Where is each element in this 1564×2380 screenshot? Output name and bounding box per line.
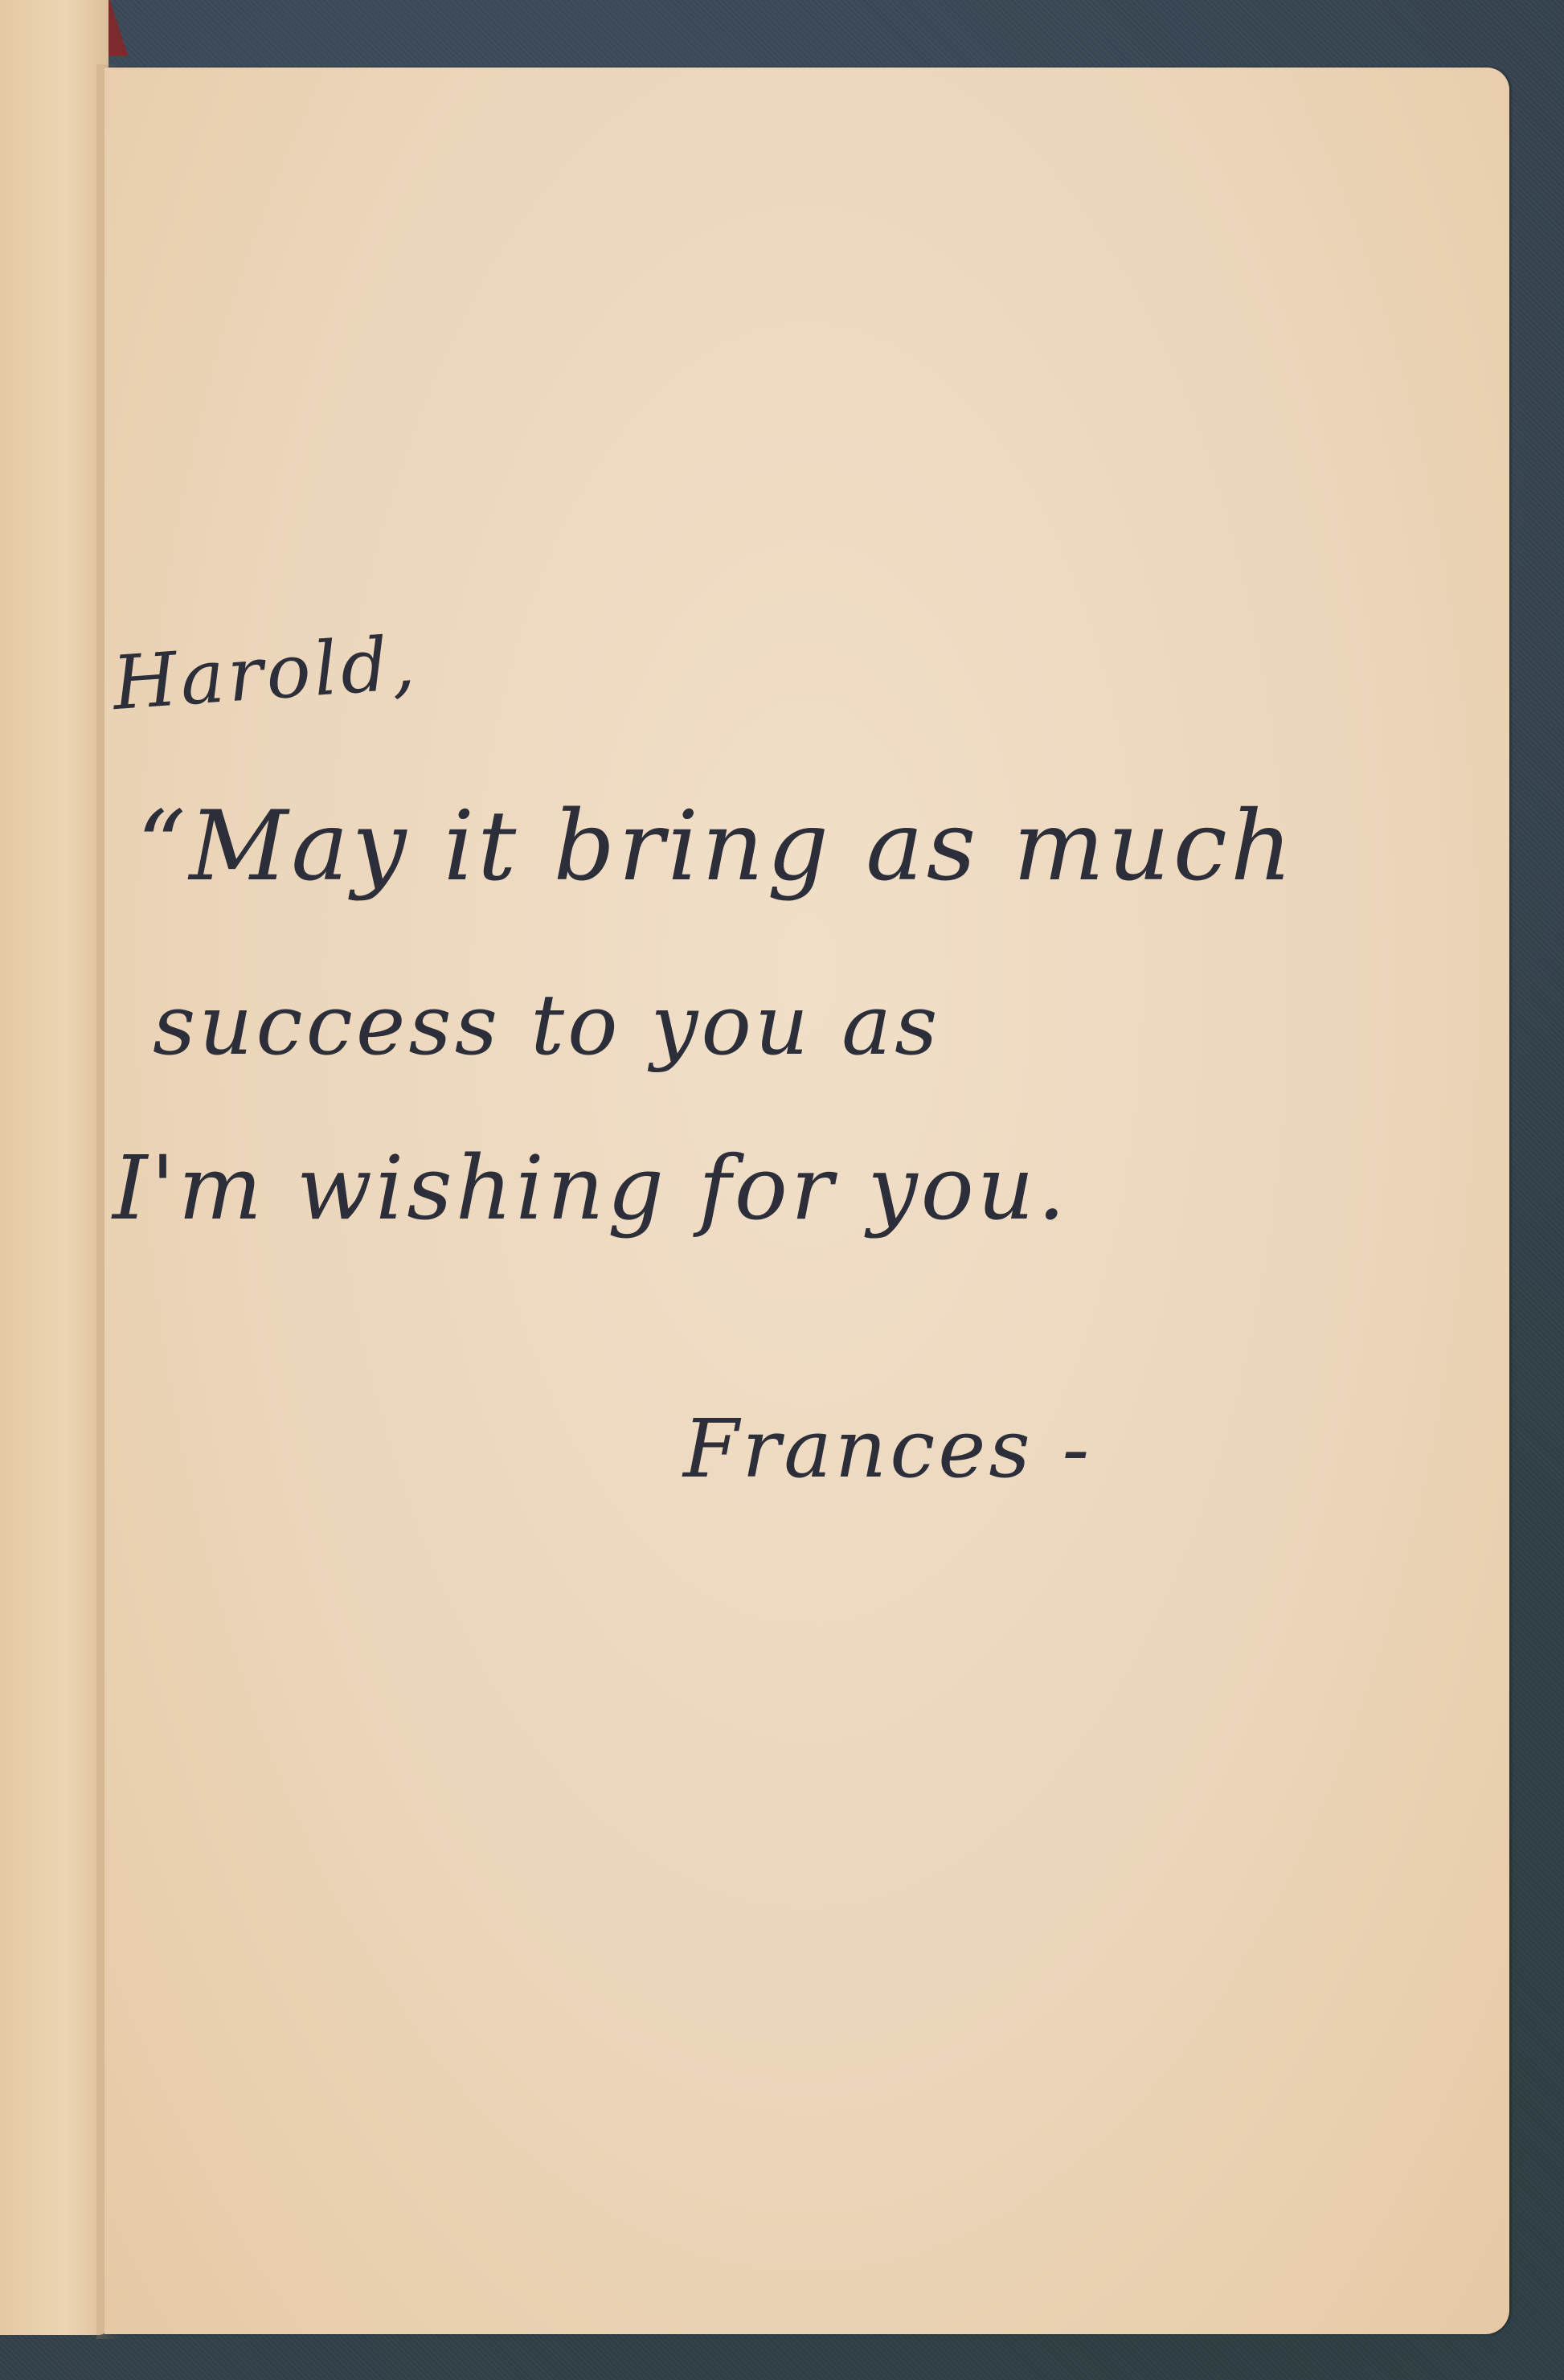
endpaper-page: Harold, “May it bring as much success to… [104, 68, 1509, 2334]
handwritten-inscription: Harold, “May it bring as much success to… [104, 68, 1509, 2334]
left-page-edge [0, 0, 108, 2335]
salutation: Harold, [110, 620, 421, 727]
inscription-line-1: “May it bring as much [137, 791, 1296, 903]
inscription-line-2: success to you as [153, 976, 940, 1074]
inscription-line-3: I'm wishing for you. [113, 1137, 1069, 1239]
signature: Frances - [683, 1402, 1092, 1496]
